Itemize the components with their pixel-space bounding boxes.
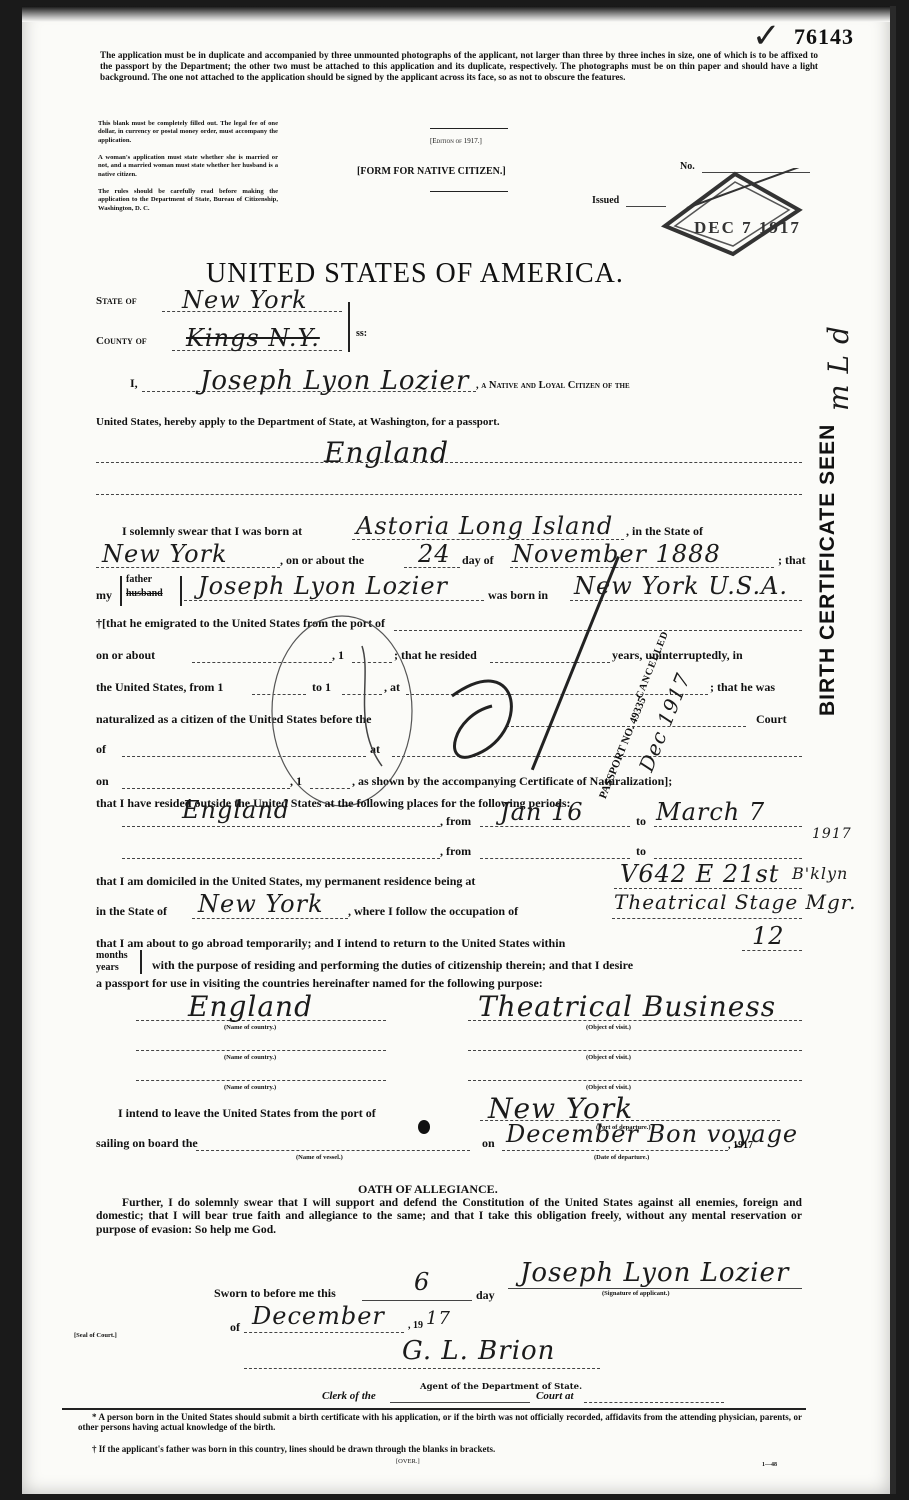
clerk-label: Clerk of the [322, 1390, 376, 1402]
to-label-2: to [636, 844, 646, 859]
sworn-day-field[interactable]: 6 [414, 1268, 430, 1296]
object-line-2 [468, 1050, 802, 1051]
oath-year-field[interactable]: 17 [426, 1308, 451, 1329]
signature-caption: (Signature of applicant.) [602, 1290, 670, 1297]
departure-date-field[interactable]: December Bon voyage [506, 1120, 798, 1148]
court-at-label: Court at [536, 1390, 574, 1402]
intent-line-1: that I am about to go abroad temporarily… [96, 936, 565, 951]
sworn-label: Sworn to before me this [214, 1286, 336, 1301]
on-or-about-label: on or about [96, 648, 155, 663]
footnote-birth-certificate: * A person born in the United States sho… [78, 1412, 802, 1433]
country-caption-1: (Name of country.) [224, 1024, 276, 1031]
on-label: on [96, 774, 109, 789]
side-note-fee: This blank must be completely filled out… [98, 120, 278, 145]
country-field-1[interactable]: England [188, 990, 313, 1023]
footnote-rule [62, 1408, 806, 1410]
husband-option[interactable]: husband [126, 588, 163, 599]
signature-line [508, 1288, 802, 1289]
oath-year-label: , 19 [408, 1320, 423, 1331]
passport-application-page: The application must be in duplicate and… [22, 6, 896, 1494]
months-option[interactable]: months [96, 950, 128, 961]
address-field[interactable]: V642 E 21st [620, 860, 779, 888]
day-of-text: day of [462, 553, 494, 568]
object-line-3 [468, 1080, 802, 1081]
over-label: [OVER.] [396, 1458, 420, 1465]
destination-field[interactable]: England [324, 436, 449, 469]
departure-date-line [502, 1150, 728, 1151]
clerk-court-line [390, 1402, 530, 1403]
native-citizen-text: , a Native and Loyal Citizen of the [476, 380, 630, 391]
on-or-about-text: , on or about the [280, 553, 364, 568]
object-caption-2: (Object of visit.) [586, 1054, 631, 1061]
born-at-text: I solemnly swear that I was born at [122, 524, 302, 539]
country-line-3 [136, 1080, 386, 1081]
ss-label: ss: [356, 328, 367, 339]
bracket [180, 576, 182, 606]
county-label: County of [96, 335, 147, 347]
sailing-text: sailing on board the [96, 1136, 198, 1151]
domicile-state-field[interactable]: New York [198, 890, 324, 918]
day-label: day [476, 1288, 495, 1303]
oath-month-line [244, 1332, 404, 1333]
oath-month-field[interactable]: December [252, 1302, 385, 1330]
blank-line [96, 494, 802, 495]
in-state-text: , in the State of [626, 524, 703, 539]
county-field[interactable]: Kings N.Y. [186, 324, 320, 352]
footnote-father: † If the applicant's father was born in … [92, 1444, 802, 1454]
duration-field[interactable]: 12 [752, 922, 785, 950]
occupation-text: , where I follow the occupation of [348, 904, 518, 919]
stamp-date: DEC 7 1917 [694, 218, 801, 238]
he-was-text: ; that he was [710, 680, 775, 695]
side-note-rules: The rules should be carefully read befor… [98, 188, 278, 213]
i-label: I, [130, 376, 138, 391]
oath-text: Further, I do solemnly swear that I will… [96, 1196, 802, 1236]
official-signature[interactable]: G. L. Brion [402, 1336, 555, 1366]
of-label-oath: of [230, 1320, 240, 1335]
rule [430, 191, 508, 192]
to-line-2 [654, 858, 802, 859]
father-name-line [184, 600, 484, 601]
seal-of-court-label: [Seal of Court.] [74, 1332, 117, 1339]
form-type-label: [FORM FOR NATIVE CITIZEN.] [357, 166, 506, 177]
father-name-field[interactable]: Joseph Lyon Lozier [198, 572, 448, 600]
edition-label: [Edition of 1917.] [430, 137, 482, 145]
years-text: years, uninterruptedly, in [612, 648, 743, 663]
oath-title: OATH OF ALLEGIANCE. [358, 1182, 498, 1197]
occupation-line [612, 918, 802, 919]
abroad-to-1[interactable]: March 7 [656, 798, 765, 826]
vessel-line [196, 1150, 470, 1151]
footer-code: 1—48 [762, 1462, 777, 1468]
object-field-1[interactable]: Theatrical Business [478, 990, 776, 1023]
bracket [348, 302, 350, 352]
occupation-field[interactable]: Theatrical Stage Mgr. [614, 890, 857, 914]
address-line [614, 888, 802, 889]
check-mark-icon: ✓ [752, 16, 781, 56]
seal-mark-icon [252, 606, 552, 826]
object-caption-3: (Object of visit.) [586, 1084, 631, 1091]
court-at-line [584, 1402, 724, 1403]
official-signature-line [244, 1368, 600, 1369]
us-from-text: the United States, from 1 [96, 680, 223, 695]
in-state-label: in the State of [96, 904, 167, 919]
applicant-signature[interactable]: Joseph Lyon Lozier [520, 1258, 789, 1288]
vessel-caption: (Name of vessel.) [296, 1154, 343, 1161]
ink-blot [418, 1120, 430, 1134]
birthplace-field[interactable]: Astoria Long Island [356, 512, 613, 540]
state-label: State of [96, 295, 137, 307]
leave-text: I intend to leave the United States from… [118, 1106, 376, 1121]
dom-state-line [192, 918, 348, 919]
apply-text: United States, hereby apply to the Depar… [96, 416, 500, 428]
applicant-name-field[interactable]: Joseph Lyon Lozier [200, 366, 469, 396]
object-caption-1: (Object of visit.) [586, 1024, 631, 1031]
state-field[interactable]: New York [182, 286, 308, 314]
my-label: my [96, 588, 112, 603]
rule [430, 128, 508, 129]
was-born-in-text: was born in [488, 588, 548, 603]
that-text: ; that [778, 553, 806, 568]
birth-day-field[interactable]: 24 [418, 540, 451, 568]
country-line-2 [136, 1050, 386, 1051]
intent-line-3: a passport for use in visiting the count… [96, 976, 543, 991]
date-stamp-icon [657, 168, 807, 258]
departure-year: , 1917 [728, 1140, 753, 1151]
bracket [140, 950, 142, 974]
to-line-1 [654, 826, 802, 827]
abroad-year-1[interactable]: 1917 [812, 826, 852, 842]
to-label-1: to [636, 814, 646, 829]
issued-label: Issued [592, 195, 619, 206]
from-line-1 [480, 826, 630, 827]
bracket [120, 576, 122, 606]
serial-number: 76143 [794, 24, 854, 50]
from-line-2 [480, 858, 630, 859]
court-label: Court [756, 712, 787, 727]
country-caption-2: (Name of country.) [224, 1054, 276, 1061]
photo-instructions: The application must be in duplicate and… [100, 50, 818, 83]
abroad-from-1[interactable]: Jan 16 [500, 798, 584, 826]
years-option[interactable]: years [96, 962, 119, 973]
birth-certificate-seen-stamp: BIRTH CERTIFICATE SEEN [816, 424, 840, 716]
on-label-departure: on [482, 1136, 495, 1151]
birth-state-field[interactable]: New York [102, 540, 228, 568]
stamp-initials: m L d [822, 325, 855, 411]
father-birthplace-line [570, 600, 802, 601]
sworn-day-line [362, 1300, 472, 1301]
abroad-place-line-2 [122, 858, 440, 859]
address-note[interactable]: B'klyn [792, 864, 848, 883]
father-option[interactable]: father [126, 574, 152, 585]
duration-line [742, 950, 802, 951]
intent-line-2: with the purpose of residing and perform… [152, 958, 633, 973]
abroad-place-line [122, 826, 440, 827]
domiciled-text: that I am domiciled in the United States… [96, 874, 475, 889]
from-label-2: , from [440, 844, 471, 859]
date-caption: (Date of departure.) [594, 1154, 649, 1161]
of-label: of [96, 742, 106, 757]
side-note-woman: A woman's application must state whether… [98, 154, 278, 179]
country-caption-3: (Name of country.) [224, 1084, 276, 1091]
abroad-place-1[interactable]: England [182, 796, 290, 824]
from-label-1: , from [440, 814, 471, 829]
